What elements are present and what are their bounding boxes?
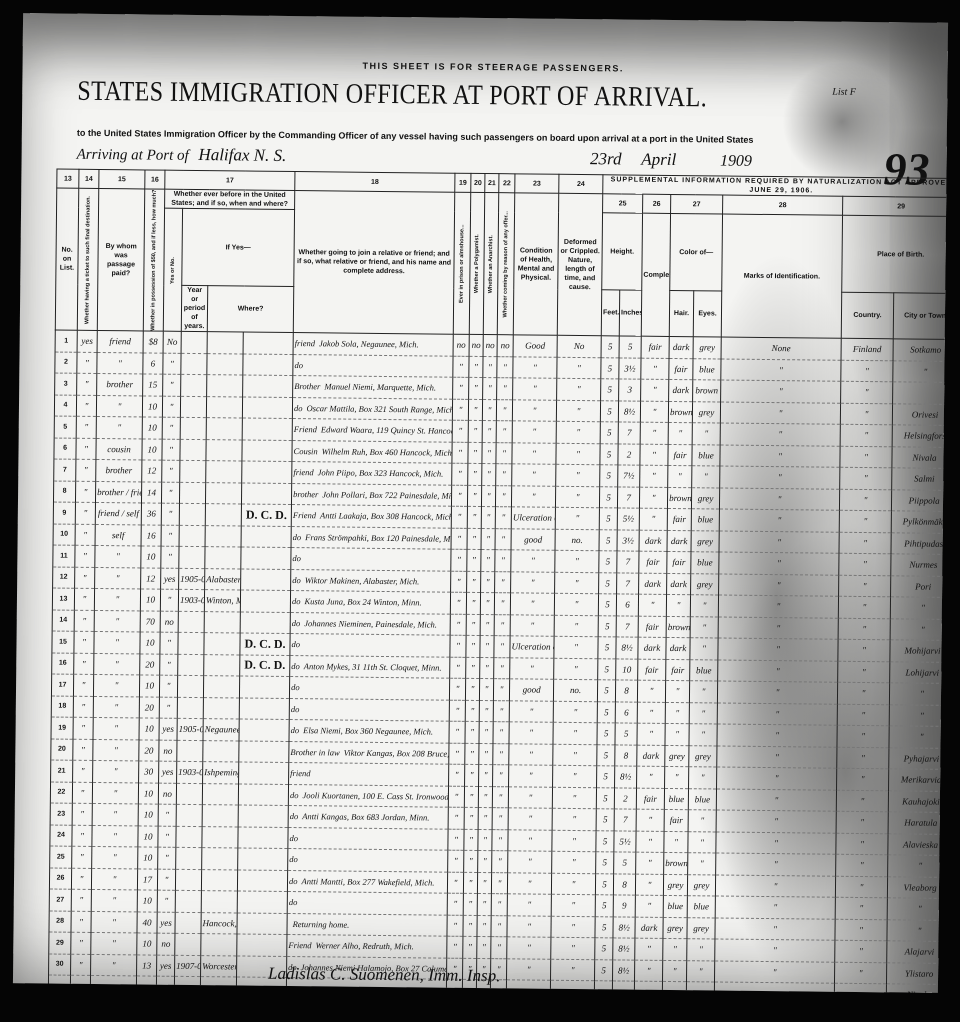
relation-label: friend — [295, 338, 315, 348]
country-cell: " — [839, 489, 891, 511]
col-27-label: Color of— — [670, 213, 723, 291]
height-feet-cell: 5 — [600, 422, 618, 444]
height-inches-cell: 6 — [615, 702, 637, 724]
health-cell: " — [510, 593, 554, 615]
height-feet-cell: 5 — [598, 594, 616, 616]
hair-color-cell: dark — [669, 380, 693, 402]
relative-address-cell: Returning home. — [287, 913, 447, 936]
ticket-cell: " — [74, 653, 94, 675]
ticket-cell: " — [71, 868, 91, 890]
polygamist-cell: " — [469, 378, 483, 400]
hair-color-cell: " — [665, 681, 689, 703]
city-cell: Helsingfors — [892, 425, 948, 447]
relative-address-cell: friend — [289, 763, 449, 786]
row-number: 5 — [54, 416, 76, 438]
where-cell — [204, 611, 240, 633]
relative-address-cell: FriendWerner Alho, Redruth, Mich. — [287, 935, 447, 958]
country-cell: " — [841, 360, 893, 382]
years-cell — [178, 633, 204, 655]
row-number: 16 — [52, 653, 74, 675]
before-in-us-cell: " — [158, 804, 176, 826]
where-cell: Worcester, Mass. — [201, 955, 237, 977]
relative-address-cell: BrotherManuel Niemi, Marquette, Mich. — [293, 376, 453, 399]
c22-cell: " — [494, 636, 510, 658]
where-cell — [207, 353, 243, 375]
ticket-cell: " — [74, 631, 94, 653]
eye-color-cell: blue — [691, 509, 719, 531]
deformed-cell: no. — [553, 679, 597, 701]
health-cell: " — [512, 486, 556, 508]
height-inches-cell: 8½ — [613, 960, 635, 982]
c19-cell: " — [449, 678, 465, 700]
relation-label: do — [294, 403, 303, 413]
health-cell: good — [511, 529, 555, 551]
country-cell: " — [840, 403, 892, 425]
years-cell — [181, 353, 207, 375]
years-cell: 1903-07 4 yrs — [178, 590, 204, 612]
c22-cell: " — [491, 872, 507, 894]
city-cell: Orivesi — [892, 404, 948, 426]
city-cell: " — [889, 704, 948, 726]
where-cell — [203, 676, 239, 698]
health-cell: good — [509, 679, 553, 701]
before-in-us-cell: no — [158, 783, 176, 805]
where-cell — [206, 461, 242, 483]
complexion-cell: " — [641, 379, 669, 401]
col-25-num: 25 — [603, 194, 643, 213]
dcd-stamp — [238, 827, 288, 849]
complexion-cell: " — [638, 594, 666, 616]
relation-label: Friend — [288, 940, 311, 950]
col-29-num: 29 — [843, 196, 948, 216]
where-cell — [206, 439, 242, 461]
complexion-cell: " — [639, 508, 667, 530]
deformed-cell: No — [557, 335, 601, 357]
height-feet-cell: 5 — [596, 787, 614, 809]
deformed-cell: " — [555, 572, 599, 594]
row-number: 23 — [50, 803, 72, 825]
hair-color-cell: " — [665, 724, 689, 746]
dcd-stamp — [237, 934, 287, 956]
relative-address-cell: friendJakob Sola, Negaunee, Mich. — [293, 333, 453, 356]
polygamist-cell: " — [466, 614, 480, 636]
polygamist-cell: " — [464, 851, 478, 873]
dcd-stamp — [239, 719, 289, 741]
anarchist-cell: " — [483, 356, 497, 378]
c19-cell: " — [448, 807, 464, 829]
complexion-cell: " — [635, 895, 663, 917]
complexion-cell: dark — [635, 917, 663, 939]
marks-cell: " — [720, 402, 840, 425]
relative-address-cell: doAntti Kangas, Box 683 Jordan, Minn. — [288, 806, 448, 829]
anarchist-cell: " — [482, 485, 496, 507]
c19-cell: " — [451, 571, 467, 593]
arrival-port: Halifax N. S. — [198, 145, 286, 165]
deformed-cell: " — [557, 357, 601, 379]
relative-name-address: Oscar Mattila, Box 321 South Range, Mich… — [306, 403, 452, 415]
country-cell: " — [838, 596, 890, 618]
relation-label: do — [289, 854, 298, 864]
height-inches-cell: 7 — [618, 487, 640, 509]
c22-cell: " — [494, 657, 510, 679]
years-cell: 1903-08 5 yrs — [177, 762, 203, 784]
deformed-cell: " — [554, 658, 598, 680]
where-cell — [206, 396, 242, 418]
health-cell: " — [513, 357, 557, 379]
before-in-us-cell: " — [162, 460, 180, 482]
row-number: 10 — [53, 524, 75, 546]
height-inches-cell: 3½ — [617, 530, 639, 552]
polygamist-cell: " — [463, 894, 477, 916]
ticket-cell: " — [77, 373, 97, 395]
ticket-cell: " — [75, 502, 95, 524]
height-inches-cell: 8½ — [615, 766, 637, 788]
marks-cell: " — [719, 574, 839, 597]
complexion-cell: " — [637, 702, 665, 724]
c19-cell: " — [451, 549, 467, 571]
eye-color-cell: " — [692, 423, 720, 445]
height-inches-cell: 5½ — [614, 831, 636, 853]
before-in-us-cell: yes — [157, 955, 175, 977]
relation-label: do — [294, 360, 303, 370]
hair-color-cell: " — [663, 939, 687, 961]
years-cell — [180, 461, 206, 483]
relative-name-address: Anton Mykes, 31 11th St. Cloquet, Minn. — [304, 661, 442, 672]
marks-cell: " — [717, 703, 837, 726]
complexion-cell: " — [636, 852, 664, 874]
country-cell: " — [836, 833, 888, 855]
city-cell: " — [887, 898, 948, 920]
before-in-us-cell: " — [157, 869, 175, 891]
c22-cell: " — [497, 356, 513, 378]
eye-color-cell: grey — [692, 401, 720, 423]
where-cell — [202, 826, 238, 848]
money-cell: 20 — [139, 740, 159, 762]
c19-cell: " — [453, 377, 469, 399]
relation-label: do — [291, 725, 300, 735]
passage-paid-cell: " — [93, 675, 139, 697]
passage-paid-cell: brother — [97, 374, 143, 396]
anarchist-cell: " — [477, 915, 491, 937]
polygamist-cell: " — [467, 528, 481, 550]
money-cell: 10 — [138, 847, 158, 869]
eye-color-cell: " — [688, 853, 716, 875]
health-cell: " — [507, 959, 551, 981]
eye-color-cell: blue — [692, 444, 720, 466]
where-cell — [202, 848, 238, 870]
dcd-stamp: D. C. D. — [240, 655, 290, 677]
country-cell: " — [838, 639, 890, 661]
health-cell: " — [507, 894, 551, 916]
years-cell — [179, 525, 205, 547]
hair-color-cell: " — [666, 595, 690, 617]
eye-color-cell: blue — [690, 659, 718, 681]
where-cell — [201, 891, 237, 913]
relative-name-address: Frans Strömpahki, Box 120 Painesdale, Mi… — [305, 532, 451, 544]
relative-name-address: Johannes Nieminen, Painesdale, Mich. — [304, 618, 437, 629]
ticket-cell: " — [72, 825, 92, 847]
health-cell: Ulceration of eyes — [511, 507, 555, 529]
dcd-stamp — [240, 590, 290, 612]
anarchist-cell: " — [479, 765, 493, 787]
health-cell: " — [513, 378, 557, 400]
dcd-stamp — [241, 483, 291, 505]
row-number: 7 — [54, 459, 76, 481]
complexion-cell: " — [640, 422, 668, 444]
ticket-cell: " — [73, 760, 93, 782]
before-in-us-cell: yes — [157, 912, 175, 934]
years-cell — [176, 783, 202, 805]
health-cell: Ulceration of eyes — [510, 636, 554, 658]
marks-cell: " — [715, 939, 835, 962]
col-28-label: Marks of Identification. — [721, 214, 842, 338]
deformed-cell: " — [553, 701, 597, 723]
row-number: 27 — [49, 889, 71, 911]
c22-cell: " — [493, 679, 509, 701]
marks-cell: " — [716, 853, 836, 876]
height-inches-cell: 5½ — [617, 508, 639, 530]
relative-name-address: Jakob Sola, Negaunee, Mich. — [319, 339, 419, 350]
city-cell: Piippola — [891, 490, 948, 512]
col-24-label: Deformed or Crippled. Nature, length of … — [557, 193, 602, 336]
height-inches-cell: 3 — [619, 379, 641, 401]
relative-name-address: Returning home. — [293, 919, 350, 930]
eye-color-cell: " — [688, 810, 716, 832]
relative-address-cell: doAntti Mantti, Box 277 Wakefield, Mich. — [287, 870, 447, 893]
relation-label: do — [289, 876, 298, 886]
dcd-stamp — [240, 612, 290, 634]
height-inches-cell: 8½ — [618, 401, 640, 423]
eye-color-cell: blue — [691, 552, 719, 574]
where-cell — [205, 547, 241, 569]
relation-label: do — [289, 897, 298, 907]
col-22-num: 22 — [499, 174, 515, 193]
polygamist-cell: " — [465, 679, 479, 701]
dcd-stamp: D. C. D. — [241, 504, 291, 526]
blank-cell — [612, 981, 634, 993]
country-cell: " — [840, 424, 892, 446]
polygamist-cell: " — [465, 722, 479, 744]
passage-paid-cell: " — [93, 739, 139, 761]
hair-color-cell: dark — [667, 573, 691, 595]
c22-cell: " — [497, 378, 513, 400]
deformed-cell: " — [552, 830, 596, 852]
money-cell: 17 — [137, 869, 157, 891]
row-number: 24 — [50, 825, 72, 847]
passage-paid-cell: " — [94, 632, 140, 654]
relation-label: Friend — [293, 510, 316, 520]
ticket-cell: " — [71, 889, 91, 911]
where-cell: Alabaster, Mich. — [205, 568, 241, 590]
marks-cell: " — [715, 875, 835, 898]
eye-color-cell: " — [688, 831, 716, 853]
country-cell: " — [837, 704, 889, 726]
polygamist-cell: " — [464, 786, 478, 808]
money-cell: 70 — [140, 611, 160, 633]
anarchist-cell: " — [481, 571, 495, 593]
complexion-cell: fair — [638, 616, 666, 638]
hair-color-cell: " — [664, 831, 688, 853]
polygamist-cell: " — [466, 593, 480, 615]
height-inches-cell: 7 — [617, 551, 639, 573]
health-cell: " — [509, 722, 553, 744]
relative-address-cell: doAnton Mykes, 31 11th St. Cloquet, Minn… — [290, 655, 450, 678]
dcd-stamp — [243, 332, 293, 354]
where-cell — [201, 934, 237, 956]
col-17-yes-no: Yes or No. — [163, 208, 182, 331]
country-cell: " — [838, 661, 890, 683]
row-number: 20 — [51, 739, 73, 761]
before-in-us-cell: yes — [161, 568, 179, 590]
blank-cell — [200, 977, 236, 993]
col-16-num: 16 — [145, 170, 165, 189]
ticket-cell: " — [73, 739, 93, 761]
row-number: 17 — [51, 674, 73, 696]
relation-label: friend — [290, 768, 310, 778]
marks-cell: " — [718, 660, 838, 683]
marks-cell: None — [721, 337, 841, 360]
anarchist-cell: " — [481, 550, 495, 572]
where-cell — [205, 525, 241, 547]
before-in-us-cell: " — [160, 589, 178, 611]
hair-color-cell: brown — [666, 616, 690, 638]
page-subtitle: to the United States Immigration Officer… — [77, 128, 754, 145]
years-cell — [180, 439, 206, 461]
years-cell — [178, 654, 204, 676]
height-feet-cell: 5 — [596, 809, 614, 831]
passage-paid-cell: brother / friend — [95, 481, 141, 503]
money-cell: 10 — [138, 826, 158, 848]
country-cell: " — [835, 876, 887, 898]
col-21-label: Whether an Anarchist. — [483, 193, 498, 335]
eye-color-cell: " — [690, 595, 718, 617]
anarchist-cell: " — [482, 464, 496, 486]
money-cell: 10 — [140, 632, 160, 654]
anarchist-cell: no — [483, 335, 497, 357]
c19-cell: " — [448, 786, 464, 808]
height-inches-cell: 10 — [616, 659, 638, 681]
height-feet-cell: 5 — [601, 357, 619, 379]
anarchist-cell: " — [478, 786, 492, 808]
c19-cell: " — [452, 485, 468, 507]
polygamist-cell: " — [468, 421, 482, 443]
complexion-cell: " — [636, 809, 664, 831]
dcd-stamp — [242, 418, 292, 440]
where-cell: Hancock, Mich. — [201, 912, 237, 934]
relation-label: Friend — [294, 424, 317, 434]
relative-address-cell: do — [289, 677, 449, 700]
col-24-num: 24 — [559, 174, 603, 193]
money-cell: 20 — [139, 697, 159, 719]
money-cell: 40 — [137, 912, 157, 934]
manifest-rows: 1yesfriend$8NofriendJakob Sola, Negaunee… — [48, 330, 948, 993]
row-number: 22 — [50, 782, 72, 804]
c19-cell: " — [450, 635, 466, 657]
before-in-us-cell: " — [159, 675, 177, 697]
passage-paid-cell: " — [91, 933, 137, 955]
relative-name-address: John Pollari, Box 722 Painesdale, Mich. — [322, 489, 451, 500]
ticket-cell: " — [73, 674, 93, 696]
c19-cell: " — [449, 700, 465, 722]
deformed-cell: " — [556, 443, 600, 465]
height-feet-cell: 5 — [600, 400, 618, 422]
deformed-cell: " — [552, 787, 596, 809]
city-cell: Pyhajarvi — [889, 747, 948, 769]
deformed-cell: " — [552, 808, 596, 830]
row-number: 18 — [51, 696, 73, 718]
complexion-cell: " — [641, 358, 669, 380]
c22-cell: " — [491, 894, 507, 916]
c19-cell: " — [449, 721, 465, 743]
anarchist-cell: " — [479, 700, 493, 722]
ticket-cell: " — [75, 545, 95, 567]
health-cell: " — [507, 916, 551, 938]
complexion-cell: fair — [639, 551, 667, 573]
c22-cell: " — [495, 550, 511, 572]
city-cell: " — [890, 619, 948, 641]
passage-paid-cell: friend / self — [95, 503, 141, 525]
c19-cell: " — [453, 356, 469, 378]
c19-cell: " — [451, 528, 467, 550]
complexion-cell: " — [635, 960, 663, 982]
eye-color-cell: " — [690, 638, 718, 660]
country-cell: " — [835, 940, 887, 962]
height-inches-cell: 7½ — [618, 465, 640, 487]
deformed-cell: " — [554, 615, 598, 637]
relative-name-address: Antti Kangas, Box 683 Jordan, Minn. — [302, 812, 429, 823]
c22-cell: " — [493, 700, 509, 722]
deformed-cell: " — [551, 894, 595, 916]
before-in-us-cell: " — [161, 503, 179, 525]
height-inches-cell: 8 — [615, 680, 637, 702]
dcd-stamp — [237, 891, 287, 913]
years-cell — [181, 375, 207, 397]
ticket-cell: " — [73, 717, 93, 739]
height-feet-cell: 5 — [598, 658, 616, 680]
ticket-cell: " — [76, 459, 96, 481]
c19-cell: " — [450, 657, 466, 679]
dcd-stamp — [243, 354, 293, 376]
relative-name-address: Wilhelm Ruh, Box 460 Hancock, Mich. — [322, 446, 453, 457]
arriving-label: Arriving at Port of — [77, 147, 189, 164]
relative-address-cell: brotherJohn Pollari, Box 722 Painesdale,… — [292, 483, 452, 506]
anarchist-cell: " — [479, 743, 493, 765]
relative-address-cell: do — [289, 698, 449, 721]
health-cell: " — [509, 701, 553, 723]
eye-color-cell: " — [687, 960, 715, 982]
arrival-line: Arriving at Port of Halifax N. S. 23rd A… — [77, 144, 753, 171]
eye-color-cell: grey — [687, 917, 715, 939]
blank-cell — [136, 976, 156, 993]
passage-paid-cell: " — [91, 890, 137, 912]
dcd-stamp — [237, 870, 287, 892]
blank-cell — [506, 980, 550, 993]
blank-cell: Nivala — [886, 984, 948, 993]
c22-cell: " — [491, 937, 507, 959]
row-number: 25 — [50, 846, 72, 868]
row-number: 3 — [55, 373, 77, 395]
c19-cell: " — [449, 743, 465, 765]
row-number: 1 — [55, 330, 77, 352]
anarchist-cell: " — [478, 829, 492, 851]
height-inches-cell: 5 — [619, 336, 641, 358]
eye-color-cell: grey — [693, 337, 721, 359]
dcd-stamp — [238, 805, 288, 827]
marks-cell: " — [716, 832, 836, 855]
c19-cell: " — [452, 420, 468, 442]
passage-paid-cell: " — [94, 610, 140, 632]
marks-cell: " — [716, 810, 836, 833]
